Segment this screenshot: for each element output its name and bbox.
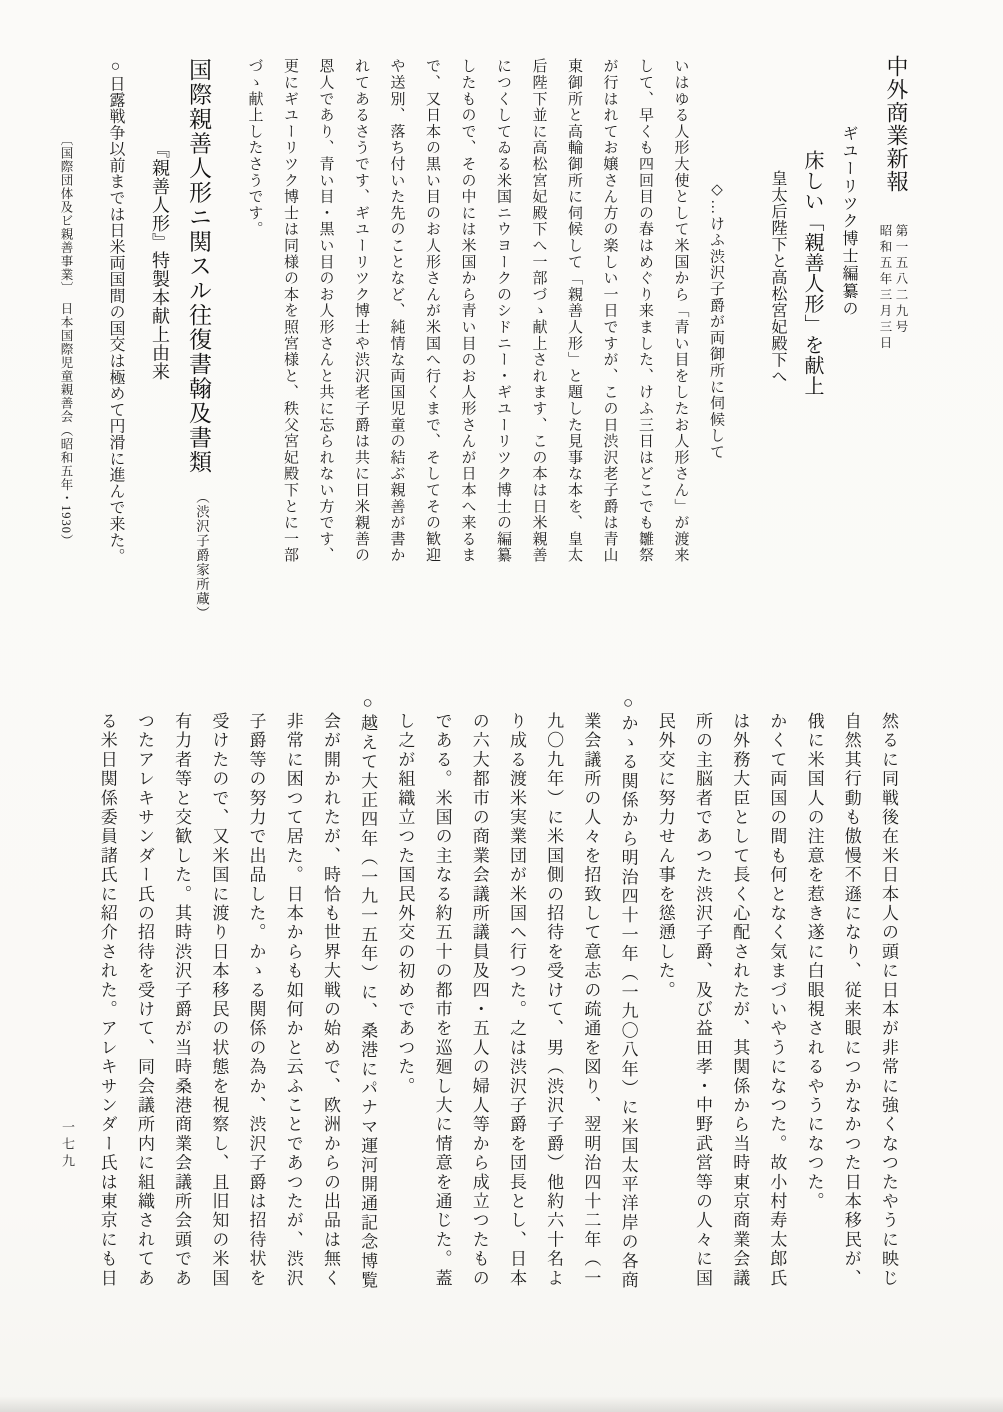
article-column: したもので、その中には米国から青い目のお人形さんが日本へ来るま xyxy=(449,58,485,580)
body-column: 俄に米国人の注意を惹き遂に白眼視されるやうになつた。 xyxy=(795,712,832,1337)
body-column: 九〇九年）に米国側の招待を受けて、男（渋沢子爵）他約六十名よ xyxy=(535,712,572,1337)
body-column: つたアレキサンダー氏の招待を受けて、同会議所内に組織されてあ xyxy=(126,712,163,1337)
article-column: 更にギユーリツク博士は同様の本を照宮様と、秩父宮妃殿下とに一部 xyxy=(272,58,308,580)
body-column: 子爵等の努力で出品した。かゝる関係の為か、渋沢子爵は招待状を xyxy=(237,712,274,1337)
body-column: 業会議所の人々を招致して意志の疏通を図り、翌明治四十二年（一 xyxy=(572,712,609,1337)
article-text-block: ◇…けふ渋沢子爵が両御所に伺候して いはゆる人形大使として米国から「青い目をした… xyxy=(236,58,733,580)
body-column: は外務大臣として長く心配されたが、其関係から当時東京商業会議 xyxy=(721,712,758,1337)
body-column: し之が組織立つた国民外交の初めであつた。 xyxy=(386,712,423,1337)
masthead-title: 中外商業新報 xyxy=(881,55,912,193)
masthead-meta: 第一五八二九号 昭和五年三月三日 xyxy=(877,224,909,352)
body-column: かくて両国の間も何となく気まづいやうになつた。故小村寿太郎氏 xyxy=(758,712,795,1337)
body-column: る米日関係委員諸氏に紹介された。アレキサンダー氏は東京にも日 xyxy=(89,712,126,1337)
section-heading-note: （渋沢子爵家所蔵） xyxy=(191,490,211,621)
scanned-document-page: 中外商業新報 第一五八二九号 昭和五年三月三日 ギユーリツク博士編纂の 床しい「… xyxy=(0,0,1003,1412)
issue-number: 第一五八二九号 xyxy=(893,224,909,352)
article-column: が行はれてお嬢さん方の楽しい一日ですが、この日渋沢老子爵は青山 xyxy=(591,58,627,580)
article-column: ◇…けふ渋沢子爵が両御所に伺候して xyxy=(698,58,734,580)
body-column: ○越えて大正四年（一九一五年）に、桑港にパナマ運河開通記念博覧 xyxy=(349,712,386,1337)
article-column: れてあるさうです、ギユーリツク博士や渋沢老子爵は共に日米親善の xyxy=(343,58,379,580)
body-column: 受けたので、又米国に渡り日本移民の状態を視察し、且旧知の米国 xyxy=(200,712,237,1337)
body-column: 有力者等と交歓した。其時渋沢子爵が当時桑港商業会議所会頭であ xyxy=(163,712,200,1337)
body-column: 民外交に努力せん事を慫慂した。 xyxy=(647,712,684,1337)
source-year: （昭和五年・1930） xyxy=(57,424,75,548)
article-column: して、早くも四回目の春はめぐり来ました、けふ三日はどこでも雛祭 xyxy=(627,58,663,580)
article-column: につくしてゐる米国ニウヨークのシドニー・ギユーリツク博士の編纂 xyxy=(485,58,521,580)
article-column: で、又日本の黒い目のお人形さんが米国へ行くまで、そしてその歓迎 xyxy=(414,58,450,580)
source-label: 〔国際団体及ビ親善事業〕 xyxy=(57,133,75,295)
article-column: 東御所と高輪御所に伺候して「親善人形」と題した見事な本を、皇太 xyxy=(556,58,592,580)
body-text-block: 然るに同戦後在米日本人の頭に日本が非常に強くなつたやうに映じ 自然其行動も傲慢不… xyxy=(89,712,907,1337)
source-organization: 日本国際児童親善会 xyxy=(57,302,75,424)
article-column: 恩人であり、青い目・黒い目のお人形さんと共に忘られない方です、 xyxy=(307,58,343,580)
headline-kicker: ギユーリツク博士編纂の xyxy=(837,125,860,318)
article-column: 后陛下並に高松宮妃殿下へ一部づゝ献上されます、この本は日米親善 xyxy=(520,58,556,580)
body-column: り成る渡米実業団が米国へ行つた。之は渋沢子爵を団長とし、日本 xyxy=(498,712,535,1337)
body-column: 自然其行動も傲慢不遜になり、従来眼につかなかつた日本移民が、 xyxy=(833,712,870,1337)
headline-main: 床しい「親善人形」を献上 xyxy=(798,150,827,396)
body-column: ○かゝる関係から明治四十一年（一九〇八年）に米国太平洋岸の各商 xyxy=(609,712,646,1337)
body-column: である。米国の主なる約五十の都市を巡廻し大に情意を通じた。蓋 xyxy=(423,712,460,1337)
section-lead: ○日露戦争以前までは日米両国間の国交は極めて円滑に進んで来た。 xyxy=(104,58,127,564)
body-column: 所の主脳者であつた渋沢子爵、及び益田孝・中野武営等の人々に国 xyxy=(684,712,721,1337)
body-column: 会が開かれたが、時恰も世界大戦の始めで、欧洲からの出品は無く xyxy=(312,712,349,1337)
body-column: 然るに同戦後在米日本人の頭に日本が非常に強くなつたやうに映じ xyxy=(870,712,907,1337)
issue-date: 昭和五年三月三日 xyxy=(877,224,893,352)
body-column: の六大都市の商業会議所議員及四・五人の婦人等から成立つたもの xyxy=(461,712,498,1337)
article-column: いはゆる人形大使として米国から「青い目をしたお人形さん」が渡来 xyxy=(662,58,698,580)
section-heading: 国際親善人形ニ関スル往復書翰及書類 xyxy=(182,58,215,475)
section-subheading: 『親善人形』特製本献上由来 xyxy=(147,140,173,381)
article-column: づゝ献上したさうです。 xyxy=(236,58,272,580)
page-number: 一七九 xyxy=(58,1120,77,1171)
headline-sub: 皇太后陛下と高松宮妃殿下へ xyxy=(766,170,789,385)
body-column: 非常に困つて居た。日本からも如何かと云ふことであつたが、渋沢 xyxy=(275,712,312,1337)
article-column: や送別、落ち付いた先のことなど、純情な両国児童の結ぶ親善が書か xyxy=(378,58,414,580)
